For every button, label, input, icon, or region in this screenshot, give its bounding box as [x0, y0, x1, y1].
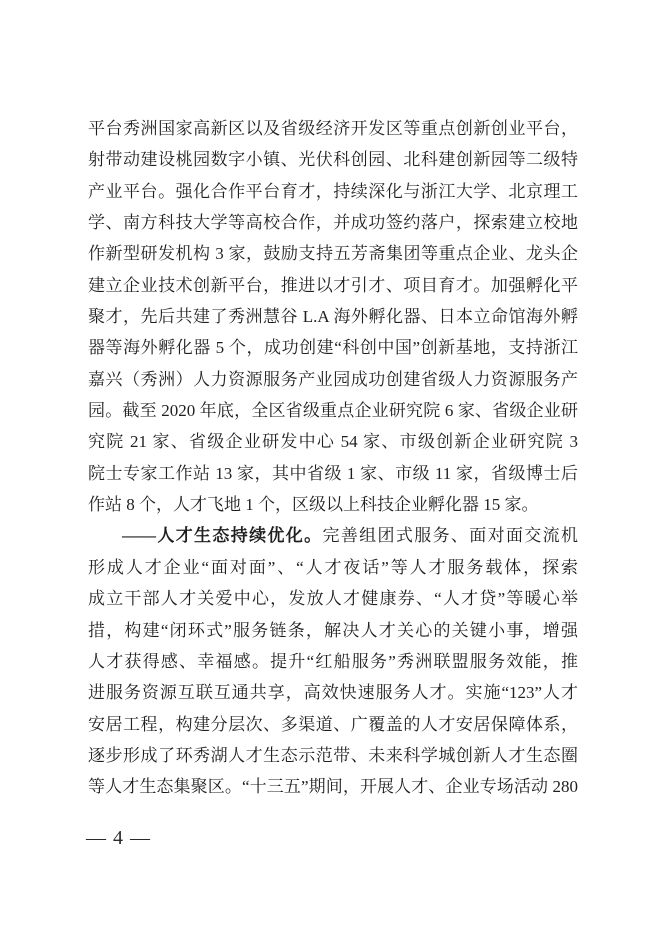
- body-text: 平台秀洲国家高新区以及省级经济开发区等重点创新创业平台，辐 射带动建设桃园数字小…: [88, 113, 578, 803]
- text-line: 园。截至 2020 年底，全区省级重点企业研究院 6 家、省级企业研: [88, 395, 578, 426]
- text-line: 嘉兴（秀洲）人力资源服务产业园成功创建省级人力资源服务产业: [88, 364, 578, 395]
- text-line: 逐步形成了环秀湖人才生态示范带、未来科学城创新人才生态圈: [88, 740, 578, 771]
- text-line: 平台秀洲国家高新区以及省级经济开发区等重点创新创业平台，辐: [88, 113, 578, 144]
- text-line: 聚才，先后共建了秀洲慧谷 L.A 海外孵化器、日本立命馆海外孵化: [88, 301, 578, 332]
- text-line: 究院 21 家、省级企业研发中心 54 家、市级创新企业研究院 3 家，: [88, 426, 578, 457]
- text-line: 学、南方科技大学等高校合作，并成功签约落户，探索建立校地合: [88, 207, 578, 238]
- page-number: — 4 —: [86, 826, 151, 850]
- text-line-lead: ——人才生态持续优化。完善组团式服务、面对面交流机制，: [88, 520, 578, 551]
- text-line: 院士专家工作站 13 家，其中省级 1 家、市级 11 家，省级博士后工: [88, 458, 578, 489]
- text-line: 作新型研发机构 3 家，鼓励支持五芳斋集团等重点企业、龙头企业: [88, 238, 578, 269]
- text-line: 等人才生态集聚区。“十三五”期间，开展人才、企业专场活动 280: [88, 771, 578, 802]
- text-line: 成立干部人才关爱中心，发放人才健康券、“人才贷”等暖心举: [88, 583, 578, 614]
- document-page: 平台秀洲国家高新区以及省级经济开发区等重点创新创业平台，辐 射带动建设桃园数字小…: [0, 0, 662, 936]
- text-line: 建立企业技术创新平台，推进以才引才、项目育才。加强孵化平台: [88, 270, 578, 301]
- paragraph-continued: 平台秀洲国家高新区以及省级经济开发区等重点创新创业平台，辐 射带动建设桃园数字小…: [88, 113, 578, 520]
- text-line: 措，构建“闭环式”服务链条，解决人才关心的关键小事，增强: [88, 615, 578, 646]
- paragraph-talent-ecology: ——人才生态持续优化。完善组团式服务、面对面交流机制， 形成人才企业“面对面”、…: [88, 520, 578, 802]
- text-line: 射带动建设桃园数字小镇、光伏科创园、北科建创新园等二级特色: [88, 144, 578, 175]
- text-line: 形成人才企业“面对面”、“人才夜话”等人才服务载体，探索: [88, 552, 578, 583]
- text-line: 人才获得感、幸福感。提升“红船服务”秀洲联盟服务效能，推: [88, 646, 578, 677]
- text-line: 器等海外孵化器 5 个，成功创建“科创中国”创新基地，支持浙江: [88, 332, 578, 363]
- text-line: 作站 8 个，人才飞地 1 个，区级以上科技企业孵化器 15 家。: [88, 489, 578, 520]
- section-lead-bold: ——人才生态持续优化。: [122, 526, 322, 545]
- text-line: 安居工程，构建分层次、多渠道、广覆盖的人才安居保障体系，: [88, 709, 578, 740]
- text-line: 进服务资源互联互通共享，高效快速服务人才。实施“123”人才: [88, 677, 578, 708]
- text-line: 产业平台。强化合作平台育才，持续深化与浙江大学、北京理工大: [88, 176, 578, 207]
